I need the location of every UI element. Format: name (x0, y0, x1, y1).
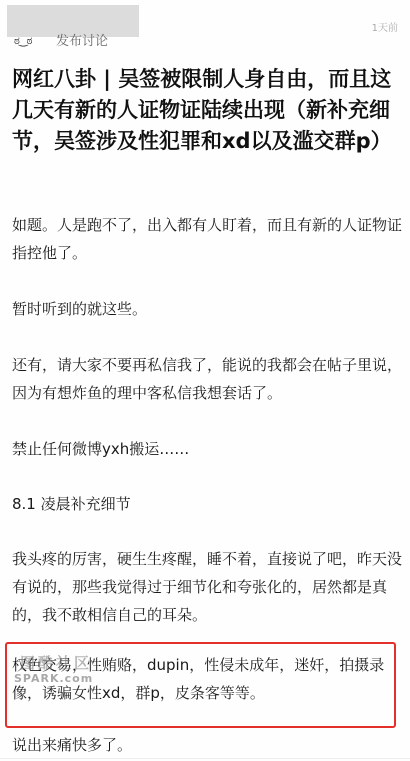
post-paragraph: 说出来痛快多了。 (12, 731, 404, 759)
post-paragraph: 暂时听到的就这些。 (12, 295, 404, 323)
post-paragraph: 还有，请大家不要再私信我了，能说的我都会在帖子里说，因为有想炸鱼的理中客私信我想… (12, 351, 404, 407)
post-paragraph: 我头疼的厉害，硬生生疼醒，睡不着，直接说了吧，昨天没有说的，那些我觉得过于细节化… (12, 545, 404, 629)
section-heading: 8.1 凌晨补充细节 (12, 490, 404, 518)
redacted-username (7, 5, 139, 37)
post-timestamp: 1天前 (372, 19, 398, 34)
avatar-icon[interactable]: ಠ‿ಠ (14, 34, 44, 48)
post-paragraph: 禁止任何微博yxh搬运…… (12, 435, 404, 463)
post-header: ಠ‿ಠ 发布讨论 1天前 (0, 0, 410, 52)
highlighted-paragraph: 权色交易，性贿赂，dupin，性侵未成年，迷奸，拍摄录像，诱骗女性xd，群p，皮… (12, 651, 404, 707)
divider (0, 758, 410, 759)
post-title: 网红八卦 | 吴签被限制人身自由，而且这几天有新的人证物证陆续出现（新补充细节，… (12, 64, 404, 157)
post-paragraph: 如题。人是跑不了，出入都有人盯着，而且有新的人证物证指控他了。 (12, 211, 404, 267)
post-action-label: 发布讨论 (56, 34, 108, 50)
